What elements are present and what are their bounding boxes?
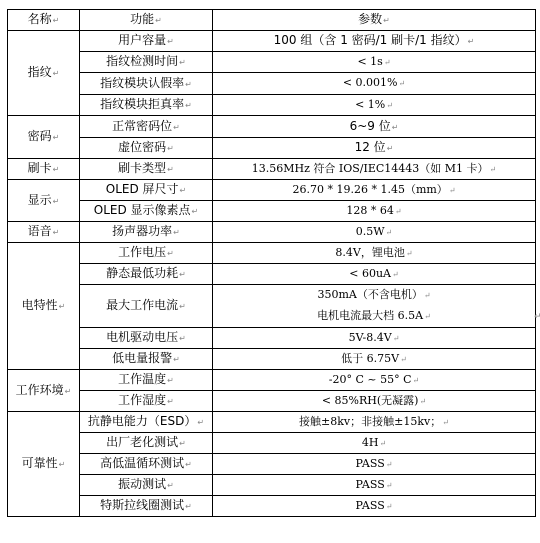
return-mark-icon: ↵ — [53, 69, 60, 78]
return-mark-icon: ↵ — [53, 197, 60, 206]
return-mark-icon: ↵ — [392, 123, 399, 132]
return-mark-icon: ↵ — [386, 481, 393, 490]
return-mark-icon: ↵ — [167, 37, 174, 46]
return-mark-icon: ↵ — [179, 439, 186, 448]
value-cell: PASS↵ — [213, 496, 536, 517]
function-cell: 用户容量↵ — [80, 31, 213, 52]
function-cell: 出厂老化测试↵ — [80, 433, 213, 454]
table-row: 出厂老化测试↵ 4H↵ — [8, 433, 536, 454]
table-row: 特斯拉线圈测试↵ PASS↵ — [8, 496, 536, 517]
return-mark-icon: ↵ — [197, 418, 204, 427]
table-row: 指纹检测时间↵ < 1s↵ — [8, 52, 536, 73]
function-cell: 扬声器功率↵ — [80, 222, 213, 243]
return-mark-icon: ↵ — [185, 80, 192, 89]
return-mark-icon: ↵ — [400, 355, 407, 364]
function-cell: 振动测试↵ — [80, 475, 213, 496]
group-cell-password: 密码↵ — [8, 116, 80, 159]
function-cell: 指纹模块拒真率↵ — [80, 95, 213, 116]
function-cell: 工作湿度↵ — [80, 391, 213, 412]
table-row: 最大工作电流↵ 350mA（不含电机）↵ 电机电流最大档 6.5A↵ — [8, 285, 536, 328]
table-row: 工作环境↵ 工作温度↵ -20° C ~ 55° C↵ — [8, 370, 536, 391]
function-cell: 正常密码位↵ — [80, 116, 213, 138]
return-mark-icon: ↵ — [179, 270, 186, 279]
value-cell: 100 组（含 1 密码/1 刷卡/1 指纹）↵ — [213, 31, 536, 52]
header-row: 名称↵ 功能↵ 参数↵ — [8, 10, 536, 31]
function-cell: 刷卡类型↵ — [80, 159, 213, 180]
return-mark-icon: ↵ — [53, 16, 60, 25]
value-cell: 4H↵ — [213, 433, 536, 454]
return-mark-icon: ↵ — [173, 355, 180, 364]
value-cell: 350mA（不含电机）↵ 电机电流最大档 6.5A↵ — [213, 285, 536, 328]
table-row: 电机驱动电压↵ 5V-8.4V↵ — [8, 328, 536, 349]
return-mark-icon: ↵ — [386, 460, 393, 469]
return-mark-icon: ↵ — [167, 397, 174, 406]
return-mark-icon: ↵ — [468, 37, 475, 46]
value-cell: 26.70 * 19.26 * 1.45（mm）↵ — [213, 180, 536, 201]
table-row: 指纹模块认假率↵ < 0.001%↵ — [8, 73, 536, 95]
table-row: 密码↵ 正常密码位↵ 6~9 位↵ — [8, 116, 536, 138]
header-name: 名称↵ — [8, 10, 80, 31]
return-mark-icon: ↵ — [384, 58, 391, 67]
return-mark-icon: ↵ — [167, 165, 174, 174]
table-row: 电特性↵ 工作电压↵ 8.4V，锂电池↵ — [8, 243, 536, 264]
return-mark-icon: ↵ — [59, 460, 66, 469]
table-row: 静态最低功耗↵ < 60uA↵ — [8, 264, 536, 285]
return-mark-icon: ↵ — [180, 186, 187, 195]
table-row: 高低温循环测试↵ PASS↵ — [8, 454, 536, 475]
return-mark-icon: ↵ — [167, 249, 174, 258]
group-cell-voice: 语音↵ — [8, 222, 80, 243]
return-mark-icon: ↵ — [386, 502, 393, 511]
return-mark-icon: ↵ — [185, 502, 192, 511]
return-mark-icon: ↵ — [173, 228, 180, 237]
return-mark-icon: ↵ — [442, 418, 449, 427]
return-mark-icon: ↵ — [386, 101, 393, 110]
table-row: OLED 显示像素点↵ 128 * 64↵ — [8, 201, 536, 222]
return-mark-icon: ↵ — [395, 207, 402, 216]
return-mark-icon: ↵ — [155, 16, 162, 25]
return-mark-icon: ↵ — [386, 228, 393, 237]
return-mark-icon: ↵ — [167, 481, 174, 490]
return-mark-icon: ↵ — [383, 16, 390, 25]
function-cell: 抗静电能力（ESD）↵ — [80, 412, 213, 433]
function-cell: 静态最低功耗↵ — [80, 264, 213, 285]
return-mark-icon: ↵ — [490, 165, 497, 174]
value-cell: 接触±8kv；非接触±15kv；↵ — [213, 412, 536, 433]
header-function: 功能↵ — [80, 10, 213, 31]
return-mark-icon: ↵ — [192, 207, 199, 216]
value-cell: < 85%RH(无凝露)↵ — [213, 391, 536, 412]
function-cell: 电机驱动电压↵ — [80, 328, 213, 349]
value-cell: < 0.001%↵ — [213, 73, 536, 95]
table-row: 可靠性↵ 抗静电能力（ESD）↵ 接触±8kv；非接触±15kv；↵ — [8, 412, 536, 433]
value-cell: 8.4V，锂电池↵ — [213, 243, 536, 264]
value-cell: 6~9 位↵ — [213, 116, 536, 138]
return-mark-icon: ↵ — [406, 249, 413, 258]
return-mark-icon: ↵ — [379, 439, 386, 448]
function-cell: 指纹检测时间↵ — [80, 52, 213, 73]
value-cell: -20° C ~ 55° C↵ — [213, 370, 536, 391]
group-cell-reliability: 可靠性↵ — [8, 412, 80, 517]
table-row: 指纹模块拒真率↵ < 1%↵ — [8, 95, 536, 116]
return-mark-icon: ↵ — [534, 312, 540, 322]
table-row: 指纹↵ 用户容量↵ 100 组（含 1 密码/1 刷卡/1 指纹）↵ — [8, 31, 536, 52]
group-cell-card: 刷卡↵ — [8, 159, 80, 180]
function-cell: 最大工作电流↵ — [80, 285, 213, 328]
value-cell: 13.56MHz 符合 IOS/IEC14443（如 M1 卡）↵ — [213, 159, 536, 180]
function-cell: 特斯拉线圈测试↵ — [80, 496, 213, 517]
function-cell: 虚位密码↵ — [80, 138, 213, 159]
return-mark-icon: ↵ — [167, 376, 174, 385]
function-cell: 工作温度↵ — [80, 370, 213, 391]
return-mark-icon: ↵ — [449, 186, 456, 195]
return-mark-icon: ↵ — [398, 79, 405, 88]
table-row: 振动测试↵ PASS↵ — [8, 475, 536, 496]
value-cell: 0.5W↵ — [213, 222, 536, 243]
group-cell-display: 显示↵ — [8, 180, 80, 222]
value-cell: < 1s↵ — [213, 52, 536, 73]
table-row: 刷卡↵ 刷卡类型↵ 13.56MHz 符合 IOS/IEC14443（如 M1 … — [8, 159, 536, 180]
table-row: 低电量报警↵ 低于 6.75V↵ — [8, 349, 536, 370]
function-cell: 工作电压↵ — [80, 243, 213, 264]
function-cell: OLED 显示像素点↵ — [80, 201, 213, 222]
return-mark-icon: ↵ — [53, 133, 60, 142]
return-mark-icon: ↵ — [392, 270, 399, 279]
spec-table: 名称↵ 功能↵ 参数↵ 指纹↵ 用户容量↵ 100 组（含 1 密码/1 刷卡/… — [7, 9, 536, 517]
value-cell: < 60uA↵ — [213, 264, 536, 285]
table-row: 语音↵ 扬声器功率↵ 0.5W↵ — [8, 222, 536, 243]
value-cell: 12 位↵ — [213, 138, 536, 159]
value-cell: PASS↵ — [213, 454, 536, 475]
function-cell: OLED 屏尺寸↵ — [80, 180, 213, 201]
group-cell-electrical: 电特性↵ — [8, 243, 80, 370]
group-cell-fingerprint: 指纹↵ — [8, 31, 80, 116]
return-mark-icon: ↵ — [179, 302, 186, 311]
return-mark-icon: ↵ — [413, 376, 420, 385]
return-mark-icon: ↵ — [167, 144, 174, 153]
return-mark-icon: ↵ — [179, 58, 186, 67]
value-cell: 128 * 64↵ — [213, 201, 536, 222]
header-value: 参数↵ — [213, 10, 536, 31]
function-cell: 高低温循环测试↵ — [80, 454, 213, 475]
return-mark-icon: ↵ — [53, 165, 60, 174]
return-mark-icon: ↵ — [65, 387, 72, 396]
return-mark-icon: ↵ — [424, 312, 431, 321]
return-mark-icon: ↵ — [179, 334, 186, 343]
return-mark-icon: ↵ — [387, 144, 394, 153]
function-cell: 低电量报警↵ — [80, 349, 213, 370]
value-cell: 5V-8.4V↵ — [213, 328, 536, 349]
return-mark-icon: ↵ — [53, 228, 60, 237]
table-row: 工作湿度↵ < 85%RH(无凝露)↵ — [8, 391, 536, 412]
value-cell: PASS↵ — [213, 475, 536, 496]
return-mark-icon: ↵ — [185, 101, 192, 110]
return-mark-icon: ↵ — [424, 291, 431, 300]
table-row: 显示↵ OLED 屏尺寸↵ 26.70 * 19.26 * 1.45（mm）↵ — [8, 180, 536, 201]
return-mark-icon: ↵ — [419, 397, 426, 406]
return-mark-icon: ↵ — [59, 302, 66, 311]
value-cell: 低于 6.75V↵ — [213, 349, 536, 370]
value-cell: < 1%↵ — [213, 95, 536, 116]
table-row: 虚位密码↵ 12 位↵ — [8, 138, 536, 159]
return-mark-icon: ↵ — [173, 123, 180, 132]
function-cell: 指纹模块认假率↵ — [80, 73, 213, 95]
group-cell-environment: 工作环境↵ — [8, 370, 80, 412]
return-mark-icon: ↵ — [185, 460, 192, 469]
return-mark-icon: ↵ — [393, 334, 400, 343]
